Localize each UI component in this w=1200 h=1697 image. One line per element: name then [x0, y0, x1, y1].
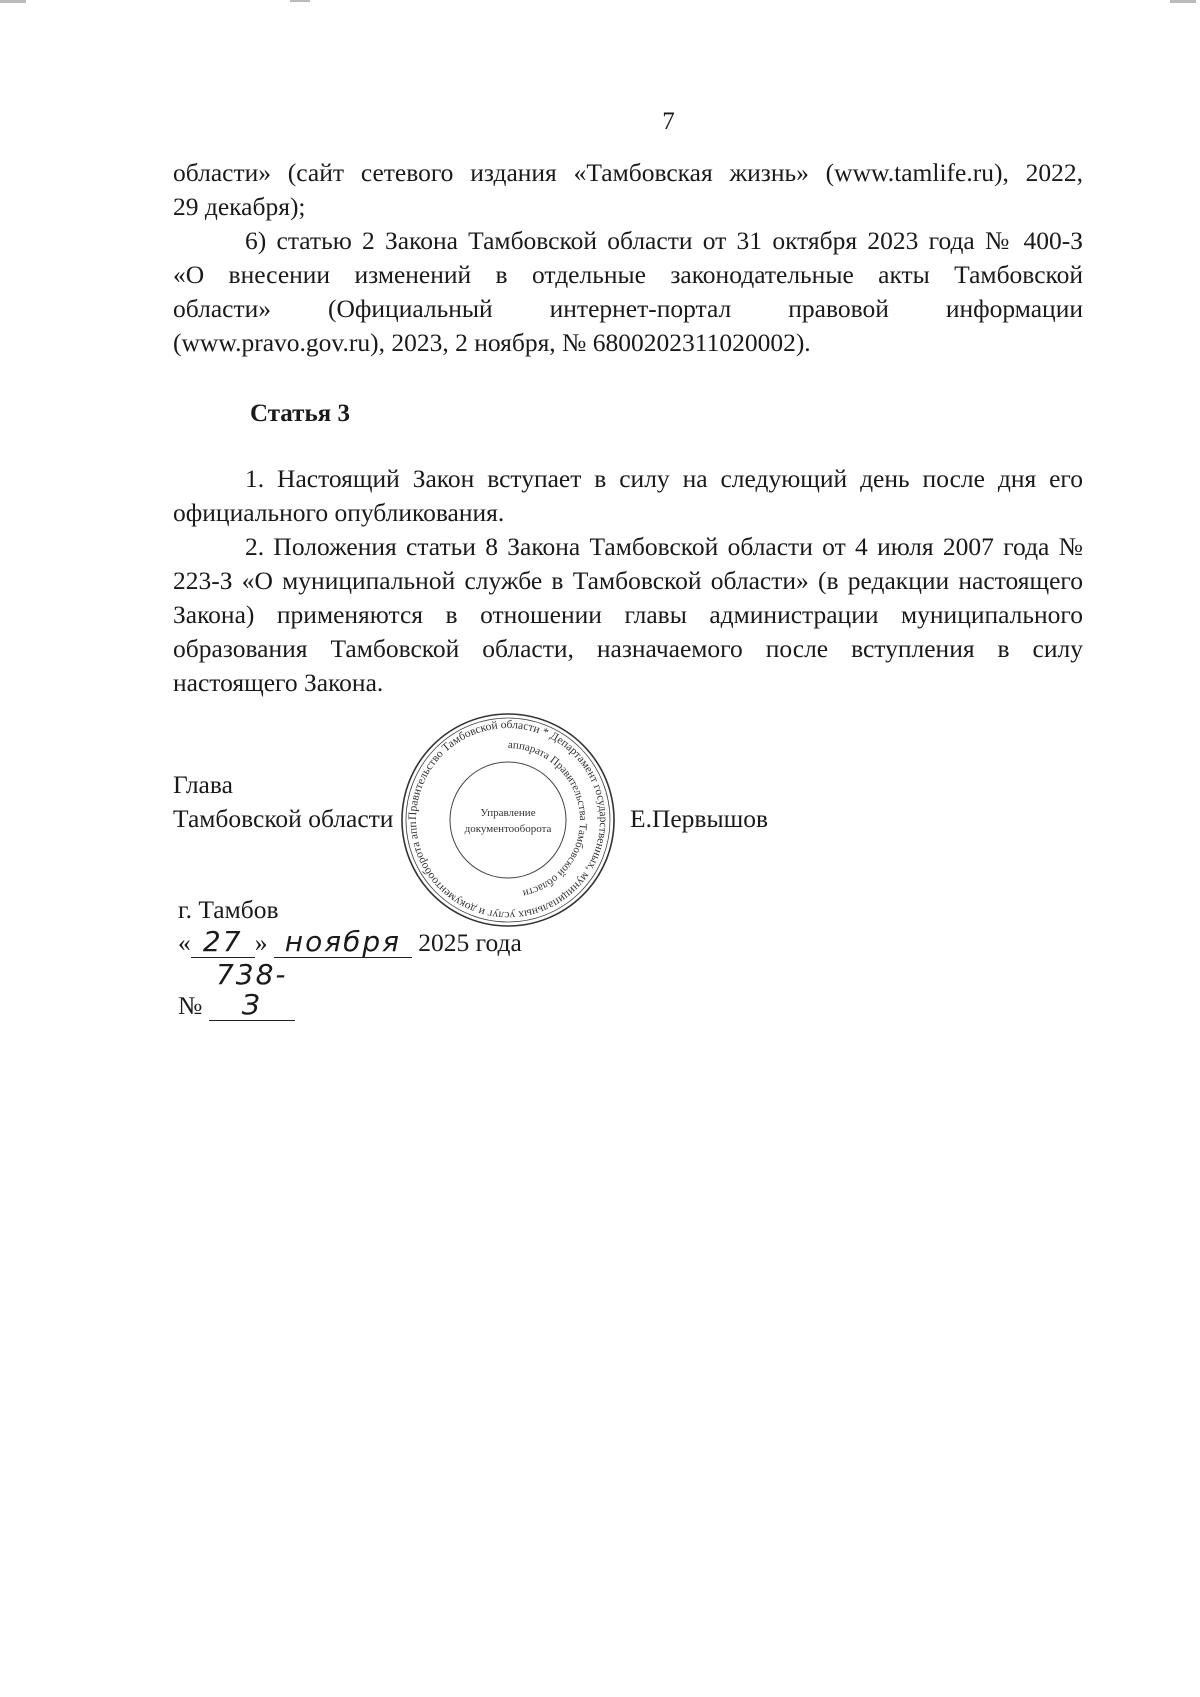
place-line: г. Тамбов — [178, 893, 279, 927]
item6-line-4: (www.pravo.gov.ru), 2023, 2 ноября, № 68… — [173, 326, 1083, 360]
date-month: ноября — [274, 927, 412, 958]
continuation-line-1: области» (сайт сетевого издания «Тамбовс… — [173, 156, 1083, 190]
official-stamp: Правительство Тамбовской области * Депар… — [398, 710, 618, 930]
continuation-line-2: 29 декабря); — [173, 190, 1083, 224]
stamp-center-line-2: документооборота — [465, 823, 552, 835]
article3-para-2: 2. Положения статьи 8 Закона Тамбовской … — [173, 530, 1083, 700]
quote-close: » — [255, 928, 268, 957]
item6-line-3: области» (Официальный интернет-портал пр… — [173, 292, 1083, 326]
scan-artifact — [0, 0, 26, 3]
quote-open: « — [178, 928, 191, 957]
signatory-title-line-1: Глава — [173, 768, 393, 802]
scan-artifact — [290, 0, 310, 2]
article3-para-1: 1. Настоящий Закон вступает в силу на сл… — [173, 462, 1083, 530]
item6-line-2: «О внесении изменений в отдельные законо… — [173, 258, 1083, 292]
signatory-title-line-2: Тамбовской области — [173, 802, 393, 836]
page-number: 7 — [0, 108, 1200, 136]
scan-artifact — [1170, 0, 1196, 3]
article3-heading: Статья 3 — [250, 400, 350, 428]
stamp-center-line-1: Управление — [480, 807, 535, 819]
date-line: «27» ноября 2025 года — [178, 926, 522, 960]
item6-line-1: 6) статью 2 Закона Тамбовской области от… — [173, 224, 1083, 258]
law-number-prefix: № — [178, 991, 202, 1020]
law-number-line: № 738-З — [178, 960, 295, 1023]
date-day: 27 — [191, 927, 255, 958]
date-year: 2025 года — [418, 928, 522, 957]
law-number: 738-З — [209, 960, 295, 1021]
signatory-title: Глава Тамбовской области — [173, 768, 393, 836]
article3-body: 1. Настоящий Закон вступает в силу на сл… — [173, 462, 1083, 700]
signatory-name: Е.Первышов — [630, 802, 768, 836]
continuation-block: области» (сайт сетевого издания «Тамбовс… — [173, 156, 1083, 360]
